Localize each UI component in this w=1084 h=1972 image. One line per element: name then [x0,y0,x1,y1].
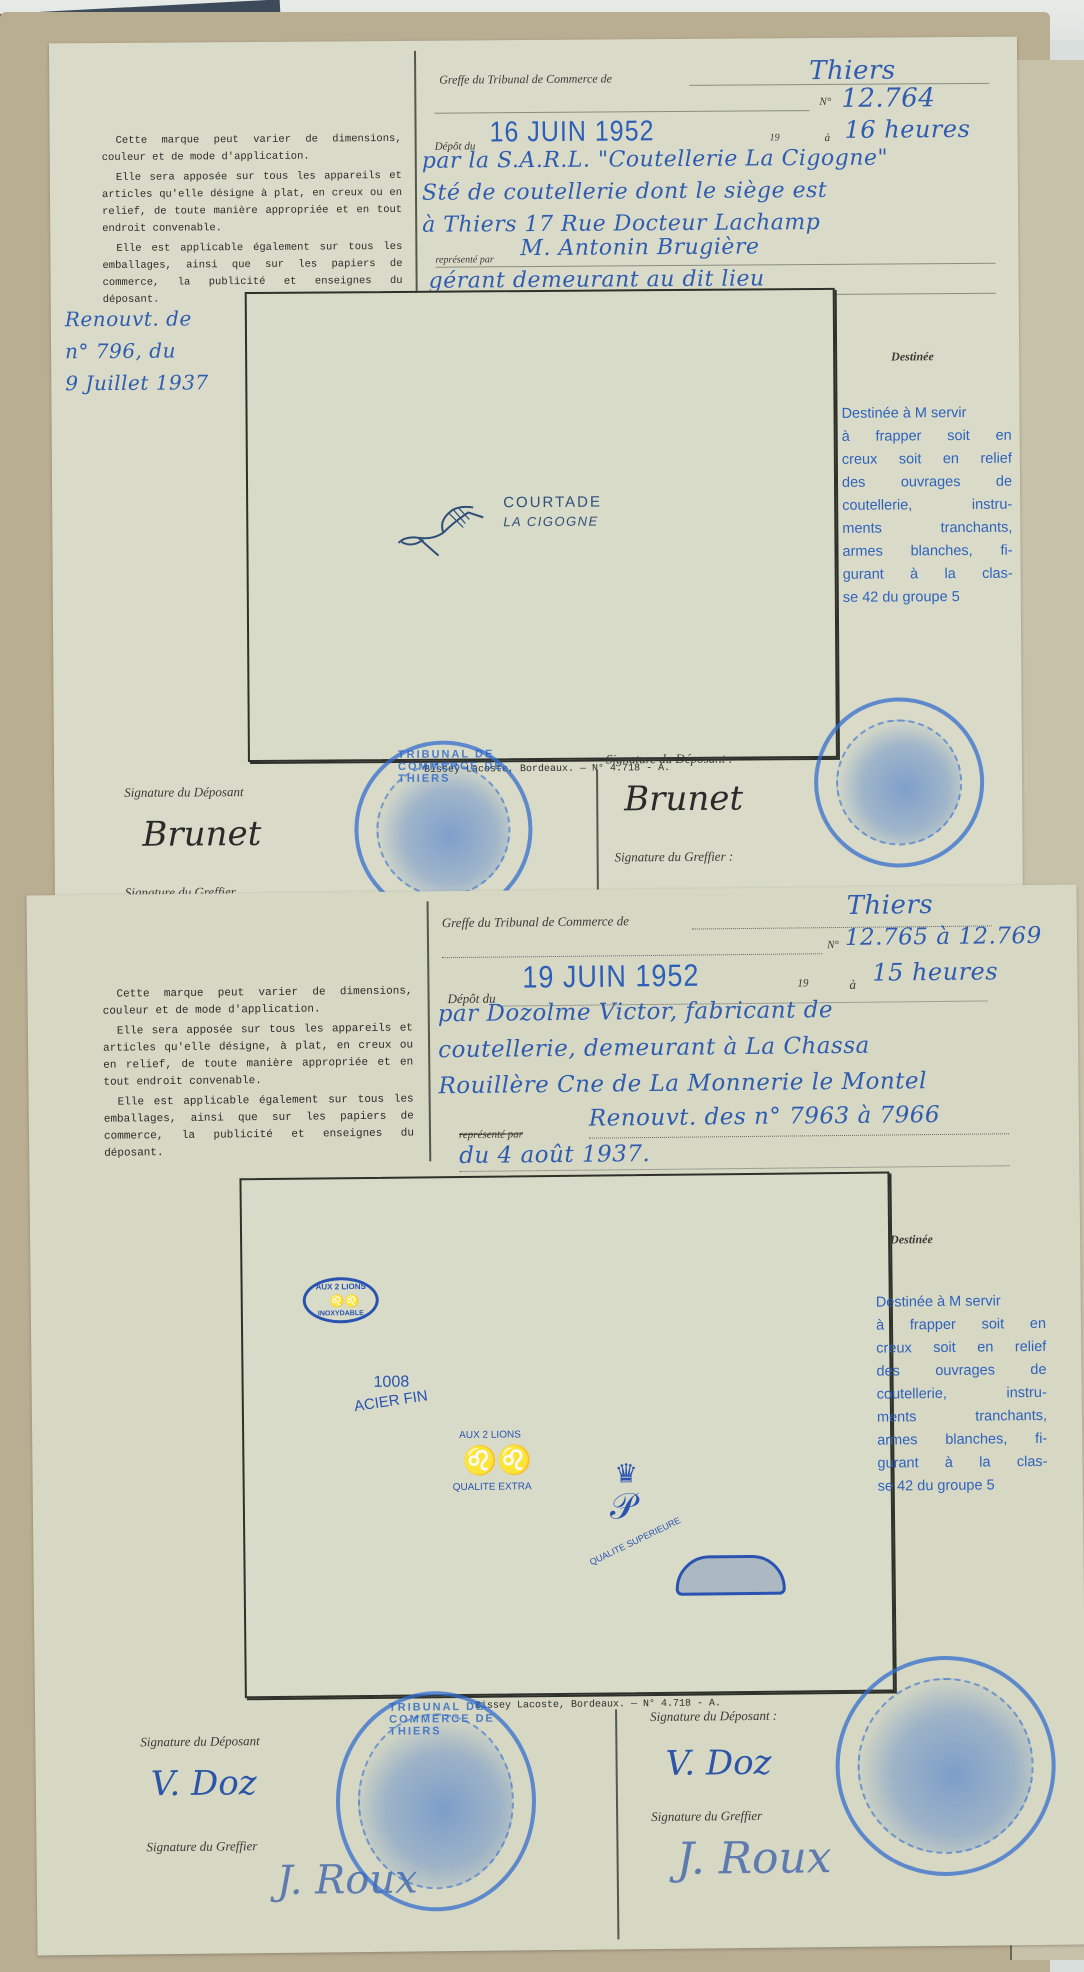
two-lions-quality: QUALITE EXTRA [453,1481,532,1493]
column-divider [427,901,431,1161]
depositor-signature: Brunet [142,814,261,855]
note-paragraph: Cette marque peut varier de dimensions, … [102,131,402,167]
registration-number: 12.764 [841,83,935,114]
greffe-label: Greffe du Tribunal de Commerce de [439,71,612,87]
crown-monogram-icon: ♛ [614,1458,638,1489]
clerk-signature-right: J. Roux [676,1832,831,1885]
stork-icon [393,497,493,558]
printed-notes: Cette marque peut varier de dimensions, … [102,131,403,312]
margin-note-line: n° 796, du [65,334,209,367]
note-paragraph: Cette marque peut varier de dimensions, … [102,983,412,1020]
time-label: à [849,977,856,993]
note-paragraph: Elle est applicable également sur tous l… [104,1091,415,1162]
note-paragraph: Elle sera apposée sur tous les appareils… [102,168,402,238]
monogram-letters: 𝒫 [610,1486,636,1528]
trademark-form-top: Cette marque peut varier de dimensions, … [49,37,1023,924]
printed-notes: Cette marque peut varier de dimensions, … [102,983,414,1165]
depositor-signature-right: V. Doz [665,1743,771,1784]
depositor-signature-label: Signature du Déposant [124,784,244,801]
field-line [434,110,809,114]
depositor-signature-label-right: Signature du Déposant : [650,1708,777,1725]
destination-stamp: Destinée à M servirà frapper soit encreu… [876,1290,1048,1499]
time-label: à [825,132,831,144]
signature-divider [615,1709,619,1939]
depositor-line: coutellerie, demeurant à La Chassa [438,1033,870,1064]
court-seal-right [834,1655,1056,1877]
clerk-signature-label-right: Signature du Greffier [651,1808,762,1825]
depositor-signature-label: Signature du Déposant [140,1733,260,1750]
represented-label: représenté par [459,1128,523,1141]
destination-label: Destinée [890,1232,933,1247]
clerk-signature-label-right: Signature du Greffier : [615,849,734,866]
depositor-line: par Dozolme Victor, fabricant de [438,997,834,1027]
lion-half-oval-icon [675,1555,785,1596]
brand-name: COURTADE [503,494,602,512]
margin-note: Renouvt. de n° 796, du 9 Juillet 1937 [65,302,209,399]
deposit-date-stamp: 19 JUIN 1952 [522,958,699,996]
trademark-form-bottom: Cette marque peut varier de dimensions, … [26,885,1084,1956]
greffe-city: Thiers [846,890,933,921]
field-line [442,953,822,958]
seal-text: TRIBUNAL DE COMMERCE DE THIERS [389,1700,531,1737]
margin-note-line: 9 Juillet 1937 [65,366,209,399]
deposit-time: 16 heures [844,115,970,144]
clerk-signature-label: Signature du Greffier [146,1838,257,1855]
year-label: 19 [797,977,808,989]
representative-line: M. Antonin Brugière [520,234,759,261]
trademark-box: AUX 2 LIONS ♌♌ INOXYDABLE 1008 ACIER FIN… [239,1172,894,1699]
representative-line: du 4 août 1937. [459,1141,650,1169]
depositor-line: Sté de coutellerie dont le siège est [422,178,827,206]
year-label: 19 [770,132,780,143]
number-label: N° [827,939,839,951]
two-lions-label: AUX 2 LIONS [459,1429,521,1441]
depositor-signature-right: Brunet [624,779,743,820]
acier-fin-number: 1008 [374,1374,410,1392]
margin-note-line: Renouvt. de [65,302,209,335]
number-label: N° [819,96,831,108]
two-lions-heads-icon: ♌♌ [462,1443,532,1477]
representative-line: Renouvt. des n° 7963 à 7966 [589,1102,940,1132]
brand-subtitle: LA CIGOGNE [503,514,599,530]
trademark-box: COURTADE LA CIGOGNE [245,288,838,762]
depositor-line: à Thiers 17 Rue Docteur Lachamp [422,210,820,238]
court-seal-right [814,697,985,868]
greffe-city: Thiers [809,55,896,86]
greffe-label: Greffe du Tribunal de Commerce de [442,913,629,931]
represented-label: représenté par [435,254,493,265]
court-seal: TRIBUNAL DE COMMERCE DE THIERS [335,1690,537,1912]
depositor-line: par la S.A.R.L. "Coutellerie La Cigogne" [422,146,889,174]
two-lions-oval-icon: AUX 2 LIONS ♌♌ INOXYDABLE [302,1277,378,1324]
column-divider [414,51,417,301]
depositor-signature-label-right: Signature du Déposant : [606,751,733,768]
registration-number: 12.765 à 12.769 [845,923,1042,951]
field-line [589,1133,1009,1138]
destination-stamp: Destinée à M servirà frapper soit encreu… [841,402,1012,610]
seal-text: TRIBUNAL DE COMMERCE DE THIERS [398,748,528,785]
depositor-line: Rouillère Cne de La Monnerie le Montel [438,1068,927,1099]
deposit-date-stamp: 16 JUIN 1952 [489,115,654,150]
deposit-time: 15 heures [872,957,998,986]
note-paragraph: Elle sera apposée sur tous les appareils… [103,1020,414,1091]
destination-label: Destinée [891,349,934,364]
depositor-signature: V. Doz [151,1763,257,1804]
